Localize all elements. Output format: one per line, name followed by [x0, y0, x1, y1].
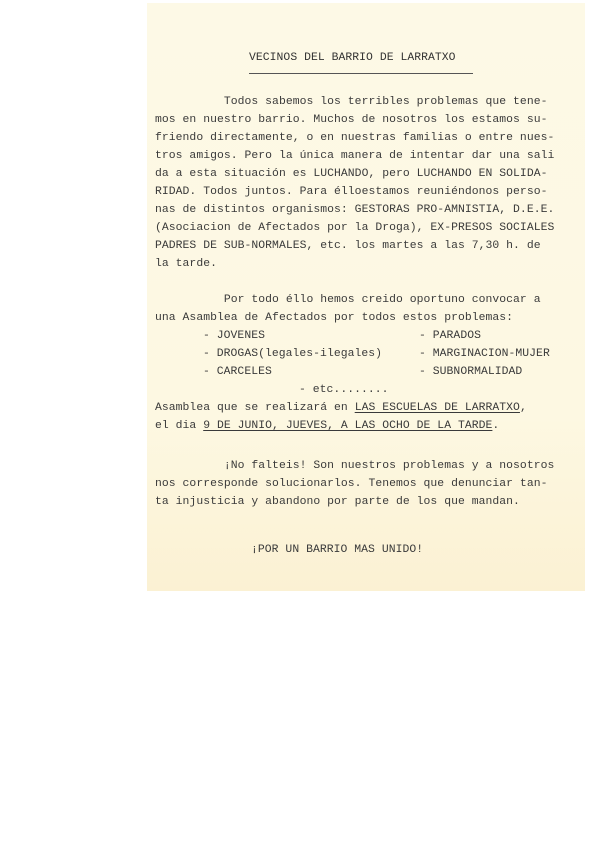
text-line: ta injusticia y abandono por parte de lo… — [155, 495, 520, 509]
text-line: da a esta situación es LUCHANDO, pero LU… — [155, 167, 547, 181]
text-line: PADRES DE SUB-NORMALES, etc. los martes … — [155, 239, 541, 253]
text-span: el dia — [155, 420, 203, 432]
text-line: tros amigos. Pero la única manera de int… — [155, 149, 554, 163]
text-line: la tarde. — [155, 257, 217, 271]
text-span: , — [520, 402, 527, 414]
text-line: una Asamblea de Afectados por todos esto… — [155, 311, 513, 325]
assembly-location: LAS ESCUELAS DE LARRATXO — [355, 402, 520, 414]
list-item: - DROGAS(legales-ilegales) — [203, 347, 382, 361]
assembly-date: 9 DE JUNIO, JUEVES, A LAS OCHO DE LA TAR… — [203, 420, 492, 432]
assembly-location-line: Asamblea que se realizará en LAS ESCUELA… — [155, 401, 527, 415]
text-line: ¡No falteis! Son nuestros problemas y a … — [155, 459, 554, 473]
list-item: - CARCELES — [203, 365, 272, 379]
list-item: - SUBNORMALIDAD — [419, 365, 522, 379]
text-line: (Asociacion de Afectados por la Droga), … — [155, 221, 554, 235]
text-line: nas de distintos organismos: GESTORAS PR… — [155, 203, 554, 217]
text-line: Todos sabemos los terribles problemas qu… — [155, 95, 547, 109]
text-line: nos corresponde solucionarlos. Tenemos q… — [155, 477, 547, 491]
list-item: - JOVENES — [203, 329, 265, 343]
list-item: - PARADOS — [419, 329, 481, 343]
text-span: . — [492, 420, 499, 432]
list-item-etc: - etc........ — [299, 383, 389, 397]
text-line: mos en nuestro barrio. Muchos de nosotro… — [155, 113, 547, 127]
text-span: Asamblea que se realizará en — [155, 402, 355, 414]
document-title: VECINOS DEL BARRIO DE LARRATXO — [249, 51, 456, 65]
assembly-date-line: el dia 9 DE JUNIO, JUEVES, A LAS OCHO DE… — [155, 419, 499, 433]
text-line: Por todo éllo hemos creido oportuno conv… — [155, 293, 541, 307]
document-page: VECINOS DEL BARRIO DE LARRATXO Todos sab… — [147, 3, 585, 591]
text-line: RIDAD. Todos juntos. Para élloestamos re… — [155, 185, 547, 199]
text-line: friendo directamente, o en nuestras fami… — [155, 131, 554, 145]
closing-slogan: ¡POR UN BARRIO MAS UNIDO! — [251, 543, 423, 557]
list-item: - MARGINACION-MUJER — [419, 347, 550, 361]
title-underline — [249, 73, 473, 74]
